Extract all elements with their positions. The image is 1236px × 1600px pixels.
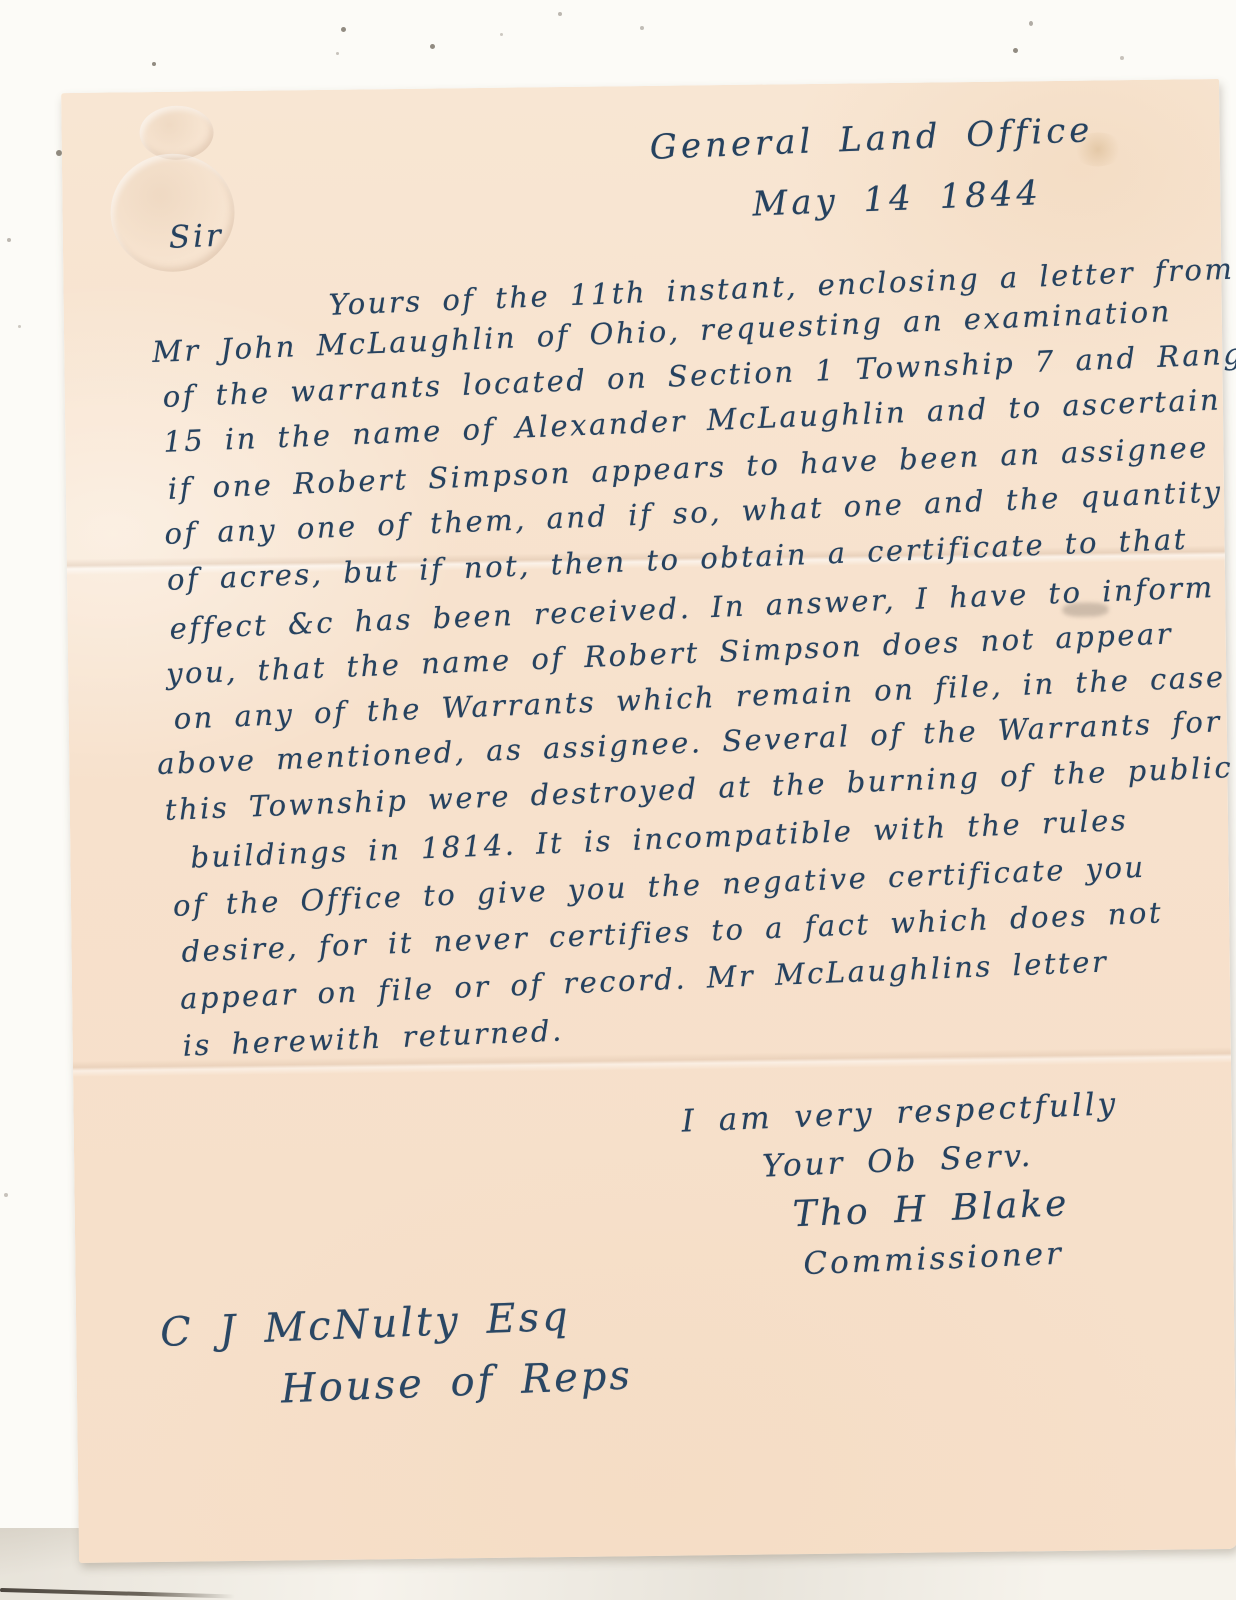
dust-speck: [1013, 48, 1018, 53]
closing-line: I am very respectfully: [681, 1086, 1119, 1139]
addressee-org: House of Reps: [280, 1352, 634, 1412]
signature-title: Commissioner: [803, 1236, 1065, 1282]
letter-paper: General Land Office May 14 1844 Sir Your…: [61, 79, 1236, 1563]
salutation: Sir: [168, 218, 224, 256]
dust-speck: [1120, 56, 1124, 60]
closing-line: Your Ob Serv.: [762, 1138, 1035, 1185]
dust-speck: [430, 44, 435, 49]
addressee-name: C J McNulty Esq: [159, 1294, 571, 1356]
dust-speck: [7, 238, 11, 242]
dust-speck: [152, 62, 156, 66]
dust-speck: [1029, 21, 1033, 26]
dust-speck: [341, 27, 346, 32]
scanned-letter-page: General Land Office May 14 1844 Sir Your…: [0, 0, 1236, 1600]
dust-speck: [336, 52, 339, 55]
letterhead-date: May 14 1844: [752, 173, 1043, 225]
dust-speck: [640, 26, 644, 30]
dust-speck: [18, 325, 21, 328]
letterhead-office: General Land Office: [649, 110, 1094, 168]
dust-speck: [4, 1193, 8, 1197]
dust-speck: [558, 12, 562, 16]
embossed-seal-icon: [139, 105, 214, 160]
signature: Tho H Blake: [792, 1183, 1070, 1235]
dust-speck: [500, 33, 503, 36]
